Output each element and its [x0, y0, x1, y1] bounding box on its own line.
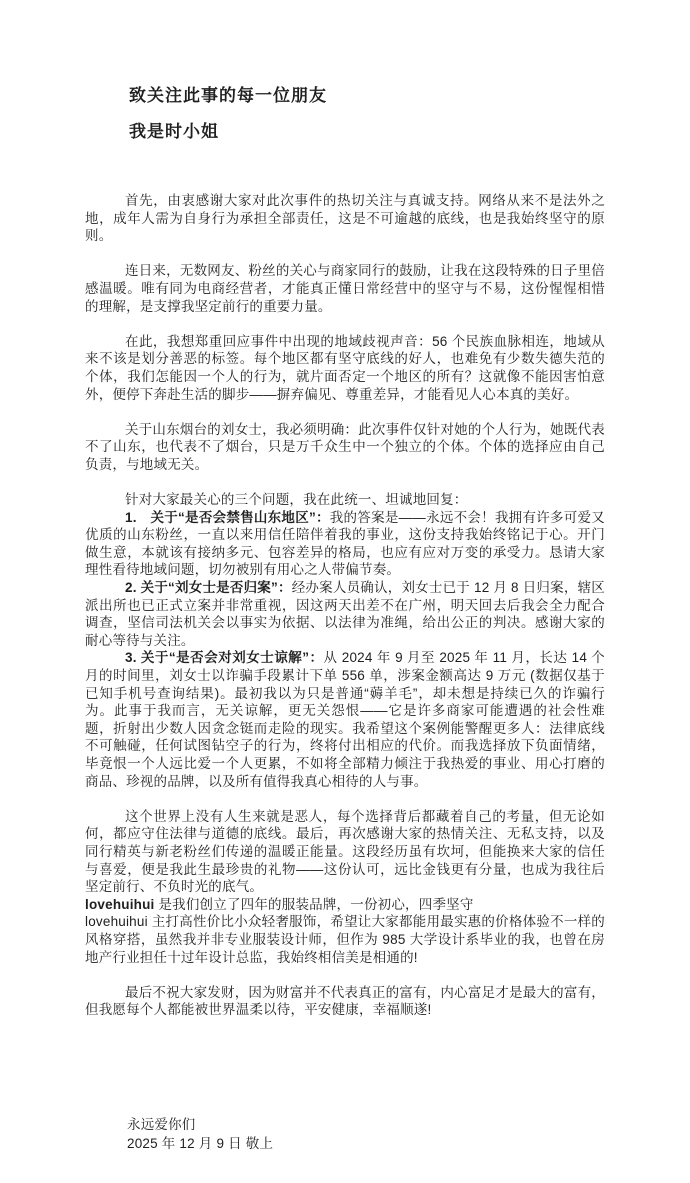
signature-block: 永远爱你们 2025 年 12 月 9 日 敬上 [85, 1115, 605, 1153]
paragraph-closing: 这个世界上没有人生来就是恶人，每个选择背后都藏着自己的考量，但无论如何，都应守住… [85, 808, 605, 896]
brand-line-2: lovehuihui 主打高性价比小众轻奢服饰，希望让大家都能用最实惠的价格体验… [85, 913, 605, 966]
qa-item-1: 1. 关于“是否会禁售山东地区”：我的答案是——永远不会！我拥有许多可爱又优质的… [85, 509, 605, 579]
letter-title: 致关注此事的每一位朋友 [129, 86, 605, 106]
signature-date-line: 2025 年 12 月 9 日 敬上 [127, 1134, 605, 1153]
qa-item-2: 2. 关于“刘女士是否归案”：经办案人员确认，刘女士已于 12 月 8 日归案，… [85, 579, 605, 649]
paragraph-regional-bias: 在此，我想郑重回应事件中出现的地域歧视声音：56 个民族血脉相连，地域从来不该是… [85, 333, 605, 403]
qa-item-3: 3. 关于“是否会对刘女士谅解”：从 2024 年 9 月至 2025 年 11… [85, 649, 605, 790]
qa-item-3-lead: 3. 关于“是否会对刘女士谅解”： [125, 650, 323, 665]
qa-intro: 针对大家最关心的三个问题，我在此统一、坦诚地回复： [85, 491, 605, 509]
paragraph-thanks: 首先，由衷感谢大家对此次事件的热切关注与真诚支持。网络从来不是法外之地，成年人需… [85, 192, 605, 245]
paragraph-encouragement: 连日来，无数网友、粉丝的关心与商家同行的鼓励，让我在这段特殊的日子里倍感温暖。唯… [85, 262, 605, 315]
qa-item-1-lead: 关于“是否会禁售山东地区”： [151, 510, 330, 525]
qa-item-2-lead: 2. 关于“刘女士是否归案”： [125, 580, 292, 595]
signature-love-line: 永远爱你们 [127, 1115, 605, 1134]
letter-page: 致关注此事的每一位朋友 我是时小姐 首先，由衷感谢大家对此次事件的热切关注与真诚… [0, 0, 690, 1183]
letter-body: 首先，由衷感谢大家对此次事件的热切关注与真诚支持。网络从来不是法外之地，成年人需… [85, 192, 605, 1019]
brand-line-1: lovehuihui 是我们创立了四年的服装品牌，一份初心，四季坚守 [85, 896, 605, 914]
brand-line-1-rest: 是我们创立了四年的服装品牌，一份初心，四季坚守 [155, 897, 474, 912]
paragraph-ms-liu: 关于山东烟台的刘女士，我必须明确：此次事件仅针对她的个人行为，她既代表不了山东，… [85, 421, 605, 474]
qa-item-1-number: 1. [125, 510, 151, 525]
paragraph-final-wish: 最后不祝大家发财，因为财富并不代表真正的富有，内心富足才是最大的富有，但我愿每个… [85, 984, 605, 1019]
brand-name-bold: lovehuihui [85, 897, 155, 912]
qa-item-3-body: 从 2024 年 9 月至 2025 年 11 月，长达 14 个月的时间里，刘… [85, 650, 605, 788]
letter-subtitle: 我是时小姐 [129, 122, 605, 142]
